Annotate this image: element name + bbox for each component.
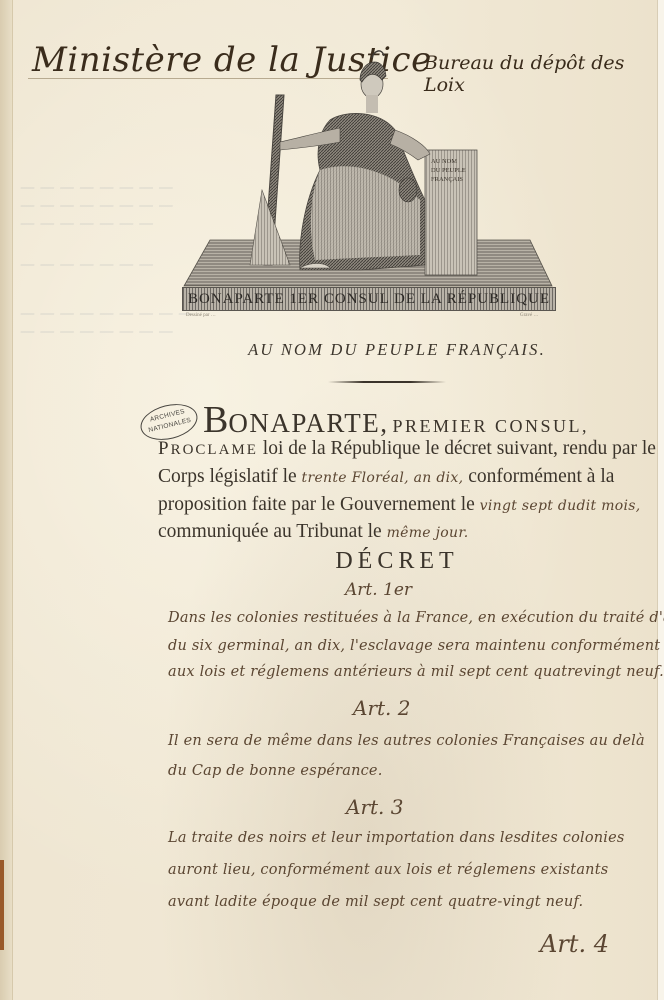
engraving-liberty-figure: AU NOM DU PEUPLE FRANÇAIS [180,50,560,310]
bleed-through-text: — — — — — — — [20,255,154,273]
handwritten-date: vingt sept dudit mois, [480,498,641,514]
article-2-heading: Art. 2 [353,696,410,720]
ornamental-rule [328,381,446,383]
bleed-through-text: — — — — — — — [20,214,154,232]
article-1-line: Dans les colonies restituées à la France… [168,610,664,626]
handwritten-date: trente Floréal, an dix, [302,470,464,486]
proclamation-line-1: PROCLAME loi de la République le décret … [158,438,656,460]
article-1-line: aux lois et réglemens antérieurs à mil s… [168,664,664,680]
engraving-credit-right: Gravé … [520,313,538,318]
proclamation-line-4: communiquée au Tribunat le même jour. [158,521,469,543]
proclamation-line-2: Corps législatif le trente Floréal, an d… [158,466,614,488]
decret-heading: DÉCRET [0,548,664,575]
bonaparte-heading: BONAPARTE, PREMIER CONSUL, [203,398,589,442]
article-4-heading: Art. 4 [540,930,609,958]
article-3-heading: Art. 3 [346,795,403,819]
article-1-heading: Art. 1er [345,580,412,600]
page-right-edge [657,0,664,1000]
article-3-line: La traite des noirs et leur importation … [168,830,625,846]
bleed-through-text: — — — — — — — — — [20,304,193,322]
engraving-credit-left: Dessiné par … [186,313,216,318]
article-2-line: Il en sera de même dans les autres colon… [168,733,645,749]
article-1-line: du six germinal, an dix, l'esclavage ser… [168,638,660,654]
au-nom-heading: AU NOM DU PEUPLE FRANÇAIS. [0,340,664,360]
bleed-through-text: — — — — — — — — [20,196,173,214]
bleed-through-text: — — — — — — — — [20,178,173,196]
document-page: — — — — — — — — — — — — — — — — — — — — … [0,0,664,1000]
handwritten-date: même jour. [387,525,469,541]
page-binding-edge [0,0,13,1000]
proclamation-line-3: proposition faite par le Gouvernement le… [158,494,641,516]
article-3-line: auront lieu, conformément aux lois et ré… [168,862,608,878]
engraving-banner: Bonaparte 1er Consul de la République [182,287,556,311]
article-3-line: avant ladite époque de mil sept cent qua… [168,894,583,910]
binding-tab [0,860,4,950]
article-2-line: du Cap de bonne espérance. [168,763,383,779]
bleed-through-text: — — — — — — — — [20,322,173,340]
